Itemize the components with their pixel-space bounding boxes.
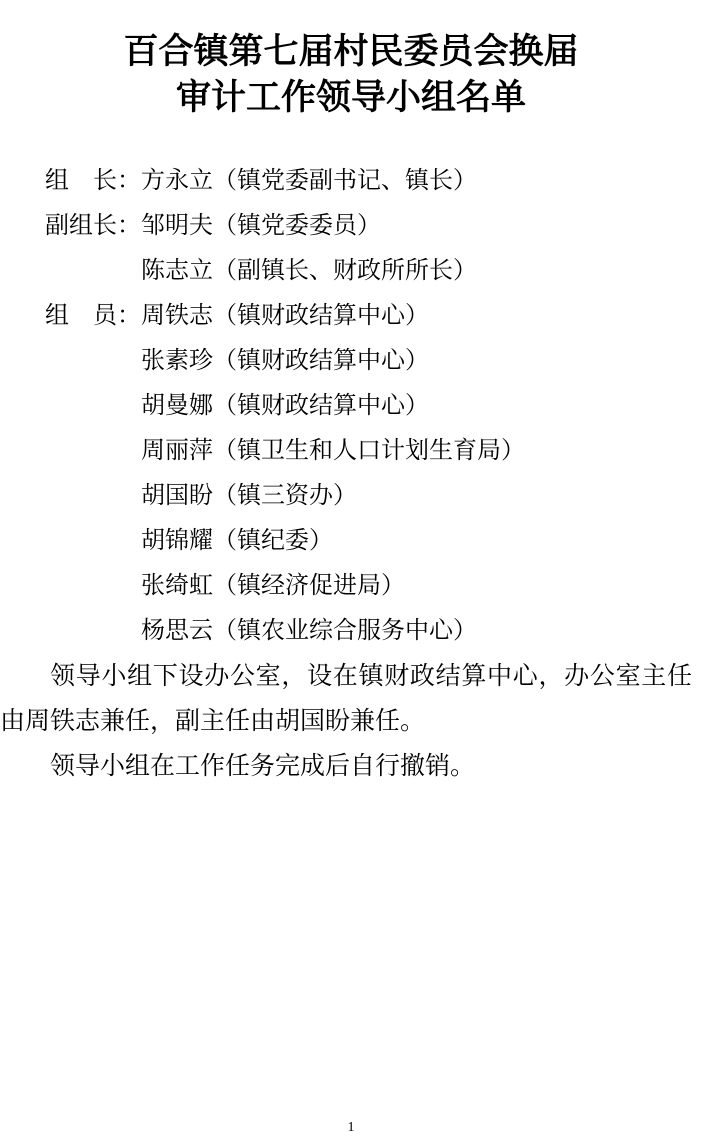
- document-title-line-1: 百合镇第七届村民委员会换届: [0, 29, 702, 75]
- roster-list: 组 长：方永立（镇党委副书记、镇长） 副组长：邹明夫（镇党委委员） 陈志立（副镇…: [0, 159, 702, 654]
- roster-row-deputy-leader: 副组长：邹明夫（镇党委委员）: [0, 204, 702, 249]
- roster-role-label: 组 长：: [45, 159, 141, 204]
- roster-member-text: 胡曼娜（镇财政结算中心）: [141, 393, 429, 419]
- roster-member-text: 杨思云（镇农业综合服务中心）: [141, 618, 477, 644]
- office-setup-paragraph: 领导小组下设办公室，设在镇财政结算中心，办公室主任由周铁志兼任，副主任由胡国盼兼…: [0, 654, 692, 744]
- document-title: 百合镇第七届村民委员会换届 审计工作领导小组名单: [0, 23, 702, 121]
- roster-row-member: 胡国盼（镇三资办）: [0, 474, 702, 519]
- roster-member-text: 周铁志（镇财政结算中心）: [141, 303, 429, 329]
- document-page: 百合镇第七届村民委员会换届 审计工作领导小组名单 组 长：方永立（镇党委副书记、…: [0, 0, 702, 1142]
- roster-member-text: 张绮虹（镇经济促进局）: [141, 573, 405, 599]
- roster-row-member: 张素珍（镇财政结算中心）: [0, 339, 702, 384]
- roster-row-member: 张绮虹（镇经济促进局）: [0, 564, 702, 609]
- roster-row-member: 胡曼娜（镇财政结算中心）: [0, 384, 702, 429]
- roster-member-text: 陈志立（副镇长、财政所所长）: [141, 258, 477, 284]
- roster-row-member: 杨思云（镇农业综合服务中心）: [0, 609, 702, 654]
- document-title-line-2: 审计工作领导小组名单: [0, 75, 702, 121]
- roster-row-deputy-leader-2: 陈志立（副镇长、财政所所长）: [0, 249, 702, 294]
- roster-row-member: 周丽萍（镇卫生和人口计划生育局）: [0, 429, 702, 474]
- roster-row-leader: 组 长：方永立（镇党委副书记、镇长）: [0, 159, 702, 204]
- page-number: 1: [0, 1120, 702, 1136]
- roster-member-text: 张素珍（镇财政结算中心）: [141, 348, 429, 374]
- roster-member-text: 周丽萍（镇卫生和人口计划生育局）: [141, 438, 525, 464]
- dissolution-paragraph: 领导小组在工作任务完成后自行撤销。: [0, 744, 692, 789]
- roster-role-label: 组 员：: [45, 294, 141, 339]
- roster-member-text: 胡锦耀（镇纪委）: [141, 528, 333, 554]
- roster-row-member: 组 员：周铁志（镇财政结算中心）: [0, 294, 702, 339]
- roster-member-text: 邹明夫（镇党委委员）: [141, 213, 381, 239]
- roster-member-text: 方永立（镇党委副书记、镇长）: [141, 168, 477, 194]
- roster-role-label: 副组长：: [45, 204, 141, 249]
- roster-row-member: 胡锦耀（镇纪委）: [0, 519, 702, 564]
- roster-member-text: 胡国盼（镇三资办）: [141, 483, 357, 509]
